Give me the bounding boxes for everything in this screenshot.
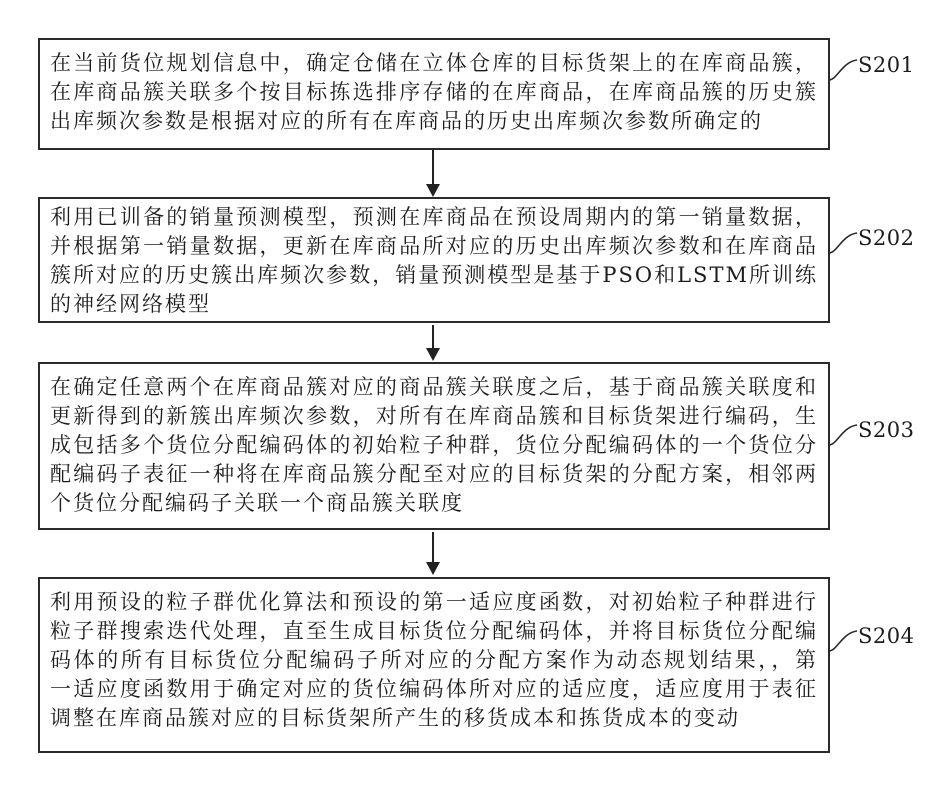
step-label: S201	[858, 53, 914, 77]
down-arrow-line	[432, 325, 434, 349]
step-label: S204	[858, 624, 914, 648]
leader-line	[828, 420, 858, 448]
step-label: S202	[858, 226, 914, 250]
leader-line	[828, 626, 858, 654]
step-box-s202: 利用已训备的销量预测模型，预测在库商品在预设周期内的第一销量数据，并根据第一销量…	[38, 197, 830, 323]
step-box-s204: 利用预设的粒子群优化算法和预设的第一适应度函数，对初始粒子种群进行粒子群搜索迭代…	[38, 577, 830, 753]
step-box-s203: 在确定任意两个在库商品簇对应的商品簇关联度之后，基于商品簇关联度和更新得到的新簇…	[38, 362, 830, 530]
step-text: 在当前货位规划信息中，确定仓储在立体仓库的目标货架上的在库商品簇，在库商品簇关联…	[50, 51, 818, 133]
down-arrow-line	[432, 150, 434, 185]
down-arrow-head-icon	[426, 562, 440, 575]
step-label: S203	[858, 418, 914, 442]
step-text: 利用预设的粒子群优化算法和预设的第一适应度函数，对初始粒子种群进行粒子群搜索迭代…	[50, 590, 818, 730]
down-arrow-head-icon	[426, 184, 440, 197]
step-text: 在确定任意两个在库商品簇对应的商品簇关联度之后，基于商品簇关联度和更新得到的新簇…	[50, 375, 818, 515]
flowchart-figure: 在当前货位规划信息中，确定仓储在立体仓库的目标货架上的在库商品簇，在库商品簇关联…	[0, 0, 932, 791]
down-arrow-head-icon	[426, 348, 440, 361]
down-arrow-line	[432, 532, 434, 563]
leader-line	[828, 55, 858, 83]
step-text: 利用已训备的销量预测模型，预测在库商品在预设周期内的第一销量数据，并根据第一销量…	[50, 205, 818, 316]
step-box-s201: 在当前货位规划信息中，确定仓储在立体仓库的目标货架上的在库商品簇，在库商品簇关联…	[38, 38, 830, 150]
leader-line	[828, 228, 858, 256]
